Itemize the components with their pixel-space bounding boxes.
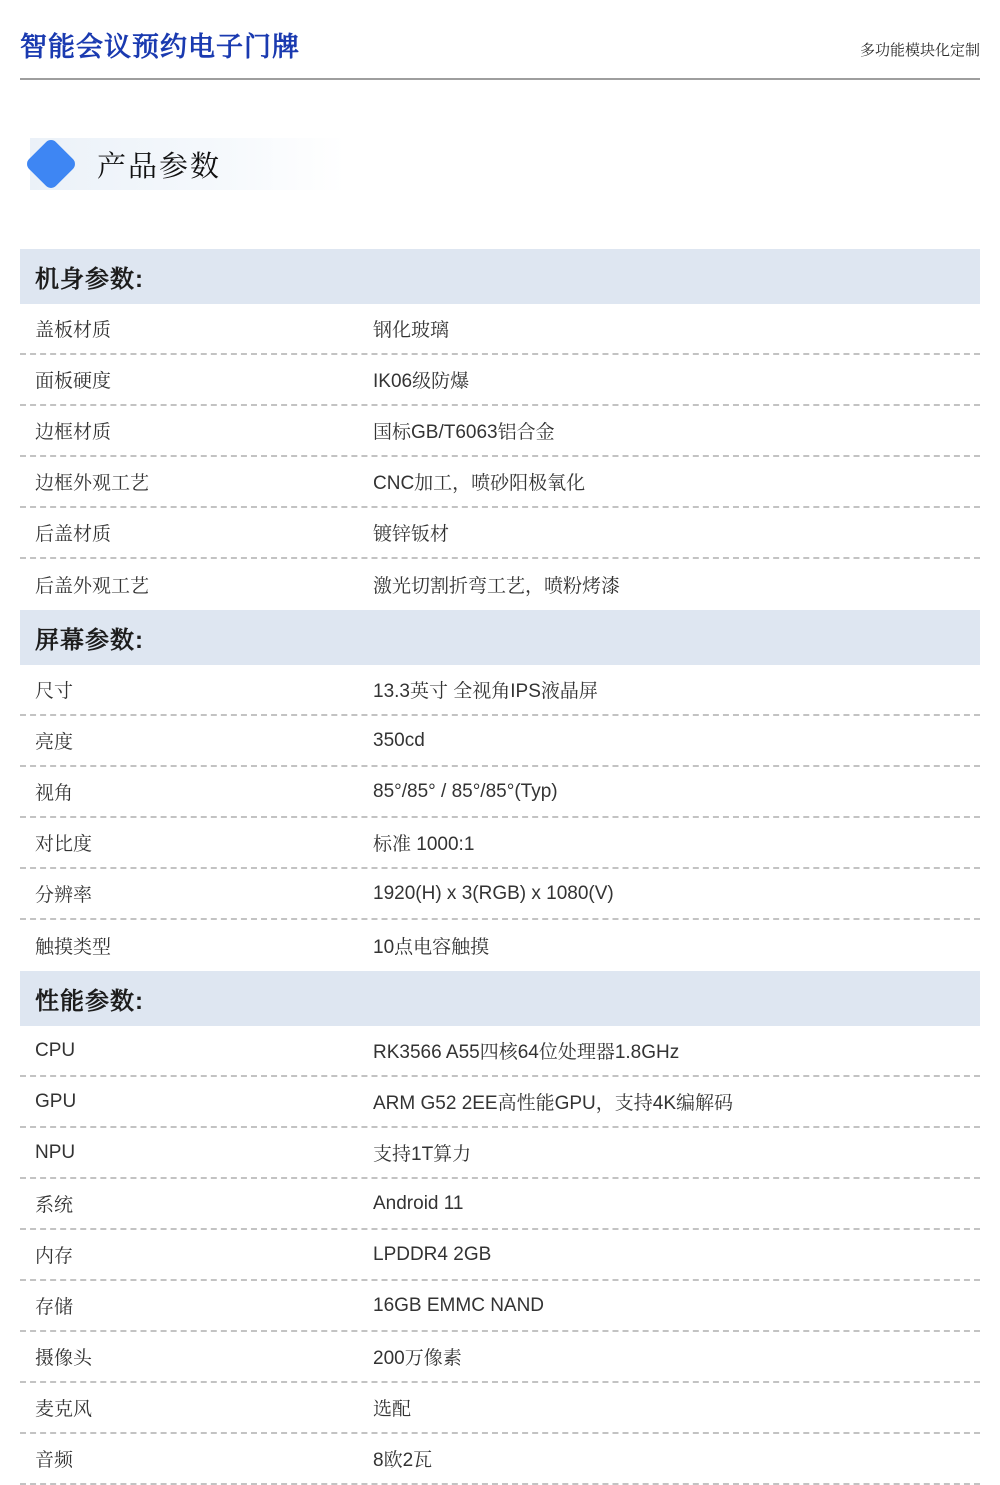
spec-value: CNC加工，喷砂阳极氧化 xyxy=(373,468,585,495)
page-title: 智能会议预约电子门牌 xyxy=(20,31,300,63)
table-row: 尺寸 13.3英寸 全视角IPS液晶屏 xyxy=(20,665,980,716)
section-performance-params: 性能参数: CPU RK3566 A55四核64位处理器1.8GHz GPU A… xyxy=(20,971,980,1485)
table-row: 对比度 标准 1000:1 xyxy=(20,818,980,869)
spec-value: 1920(H) x 3(RGB) x 1080(V) xyxy=(373,883,614,905)
spec-value: 激光切割折弯工艺，喷粉烤漆 xyxy=(373,571,620,598)
spec-label: CPU xyxy=(20,1040,373,1062)
spec-label: 尺寸 xyxy=(20,676,373,703)
spec-value: 支持1T算力 xyxy=(373,1139,471,1166)
table-row: 亮度 350cd xyxy=(20,716,980,767)
spec-value: 国标GB/T6063铝合金 xyxy=(373,417,555,444)
spec-label: 音频 xyxy=(20,1445,373,1472)
spec-value: 200万像素 xyxy=(373,1343,462,1370)
table-row: 分辨率 1920(H) x 3(RGB) x 1080(V) xyxy=(20,869,980,920)
product-params-heading: 产品参数 xyxy=(20,136,980,192)
spec-sheet-page: 智能会议预约电子门牌 多功能模块化定制 产品参数 机身参数: 盖板材质 钢化玻璃… xyxy=(0,0,1000,1485)
spec-value: 10点电容触摸 xyxy=(373,932,489,959)
section-header: 性能参数: xyxy=(20,971,980,1026)
spec-value: LPDDR4 2GB xyxy=(373,1244,491,1266)
spec-value: 350cd xyxy=(373,730,425,752)
table-row: 边框材质 国标GB/T6063铝合金 xyxy=(20,406,980,457)
section-title: 产品参数 xyxy=(97,144,221,185)
spec-value: Android 11 xyxy=(373,1193,464,1215)
spec-label: 边框材质 xyxy=(20,417,373,444)
spec-label: 面板硬度 xyxy=(20,366,373,393)
page-tagline: 多功能模块化定制 xyxy=(860,39,980,63)
top-header: 智能会议预约电子门牌 多功能模块化定制 xyxy=(20,0,980,80)
section-screen-params: 屏幕参数: 尺寸 13.3英寸 全视角IPS液晶屏 亮度 350cd 视角 85… xyxy=(20,610,980,971)
spec-value: 85°/85° / 85°/85°(Typ) xyxy=(373,781,558,803)
spec-value: 16GB EMMC NAND xyxy=(373,1295,544,1317)
table-row: NPU 支持1T算力 xyxy=(20,1128,980,1179)
spec-table: 机身参数: 盖板材质 钢化玻璃 面板硬度 IK06级防爆 边框材质 国标GB/T… xyxy=(20,249,980,1485)
table-row: 存储 16GB EMMC NAND xyxy=(20,1281,980,1332)
table-row: 触摸类型 10点电容触摸 xyxy=(20,920,980,971)
spec-label: 触摸类型 xyxy=(20,932,373,959)
table-row: 后盖材质 镀锌钣材 xyxy=(20,508,980,559)
table-row: 音频 8欧2瓦 xyxy=(20,1434,980,1485)
spec-label: 内存 xyxy=(20,1241,373,1268)
table-row: 面板硬度 IK06级防爆 xyxy=(20,355,980,406)
spec-label: 分辨率 xyxy=(20,880,373,907)
spec-value: 13.3英寸 全视角IPS液晶屏 xyxy=(373,676,598,703)
spec-label: 边框外观工艺 xyxy=(20,468,373,495)
table-row: 后盖外观工艺 激光切割折弯工艺，喷粉烤漆 xyxy=(20,559,980,610)
table-row: 视角 85°/85° / 85°/85°(Typ) xyxy=(20,767,980,818)
spec-value: 钢化玻璃 xyxy=(373,315,449,342)
spec-value: 8欧2瓦 xyxy=(373,1445,432,1472)
table-row: 盖板材质 钢化玻璃 xyxy=(20,304,980,355)
spec-value: RK3566 A55四核64位处理器1.8GHz xyxy=(373,1037,679,1064)
spec-label: 视角 xyxy=(20,778,373,805)
section-header: 屏幕参数: xyxy=(20,610,980,665)
table-row: 边框外观工艺 CNC加工，喷砂阳极氧化 xyxy=(20,457,980,508)
spec-label: 系统 xyxy=(20,1190,373,1217)
spec-label: GPU xyxy=(20,1091,373,1113)
table-row: 系统 Android 11 xyxy=(20,1179,980,1230)
spec-label: 后盖材质 xyxy=(20,519,373,546)
spec-value: 选配 xyxy=(373,1394,411,1421)
spec-label: NPU xyxy=(20,1142,373,1164)
spec-value: 镀锌钣材 xyxy=(373,519,449,546)
section-body-params: 机身参数: 盖板材质 钢化玻璃 面板硬度 IK06级防爆 边框材质 国标GB/T… xyxy=(20,249,980,610)
spec-value: ARM G52 2EE高性能GPU，支持4K编解码 xyxy=(373,1088,733,1115)
table-row: 摄像头 200万像素 xyxy=(20,1332,980,1383)
spec-label: 亮度 xyxy=(20,727,373,754)
table-row: 麦克风 选配 xyxy=(20,1383,980,1434)
section-header: 机身参数: xyxy=(20,249,980,304)
table-row: 内存 LPDDR4 2GB xyxy=(20,1230,980,1281)
spec-label: 对比度 xyxy=(20,829,373,856)
spec-label: 麦克风 xyxy=(20,1394,373,1421)
spec-label: 后盖外观工艺 xyxy=(20,571,373,598)
spec-label: 盖板材质 xyxy=(20,315,373,342)
table-row: CPU RK3566 A55四核64位处理器1.8GHz xyxy=(20,1026,980,1077)
spec-value: 标准 1000:1 xyxy=(373,829,474,856)
spec-label: 存储 xyxy=(20,1292,373,1319)
spec-label: 摄像头 xyxy=(20,1343,373,1370)
spec-value: IK06级防爆 xyxy=(373,366,469,393)
table-row: GPU ARM G52 2EE高性能GPU，支持4K编解码 xyxy=(20,1077,980,1128)
